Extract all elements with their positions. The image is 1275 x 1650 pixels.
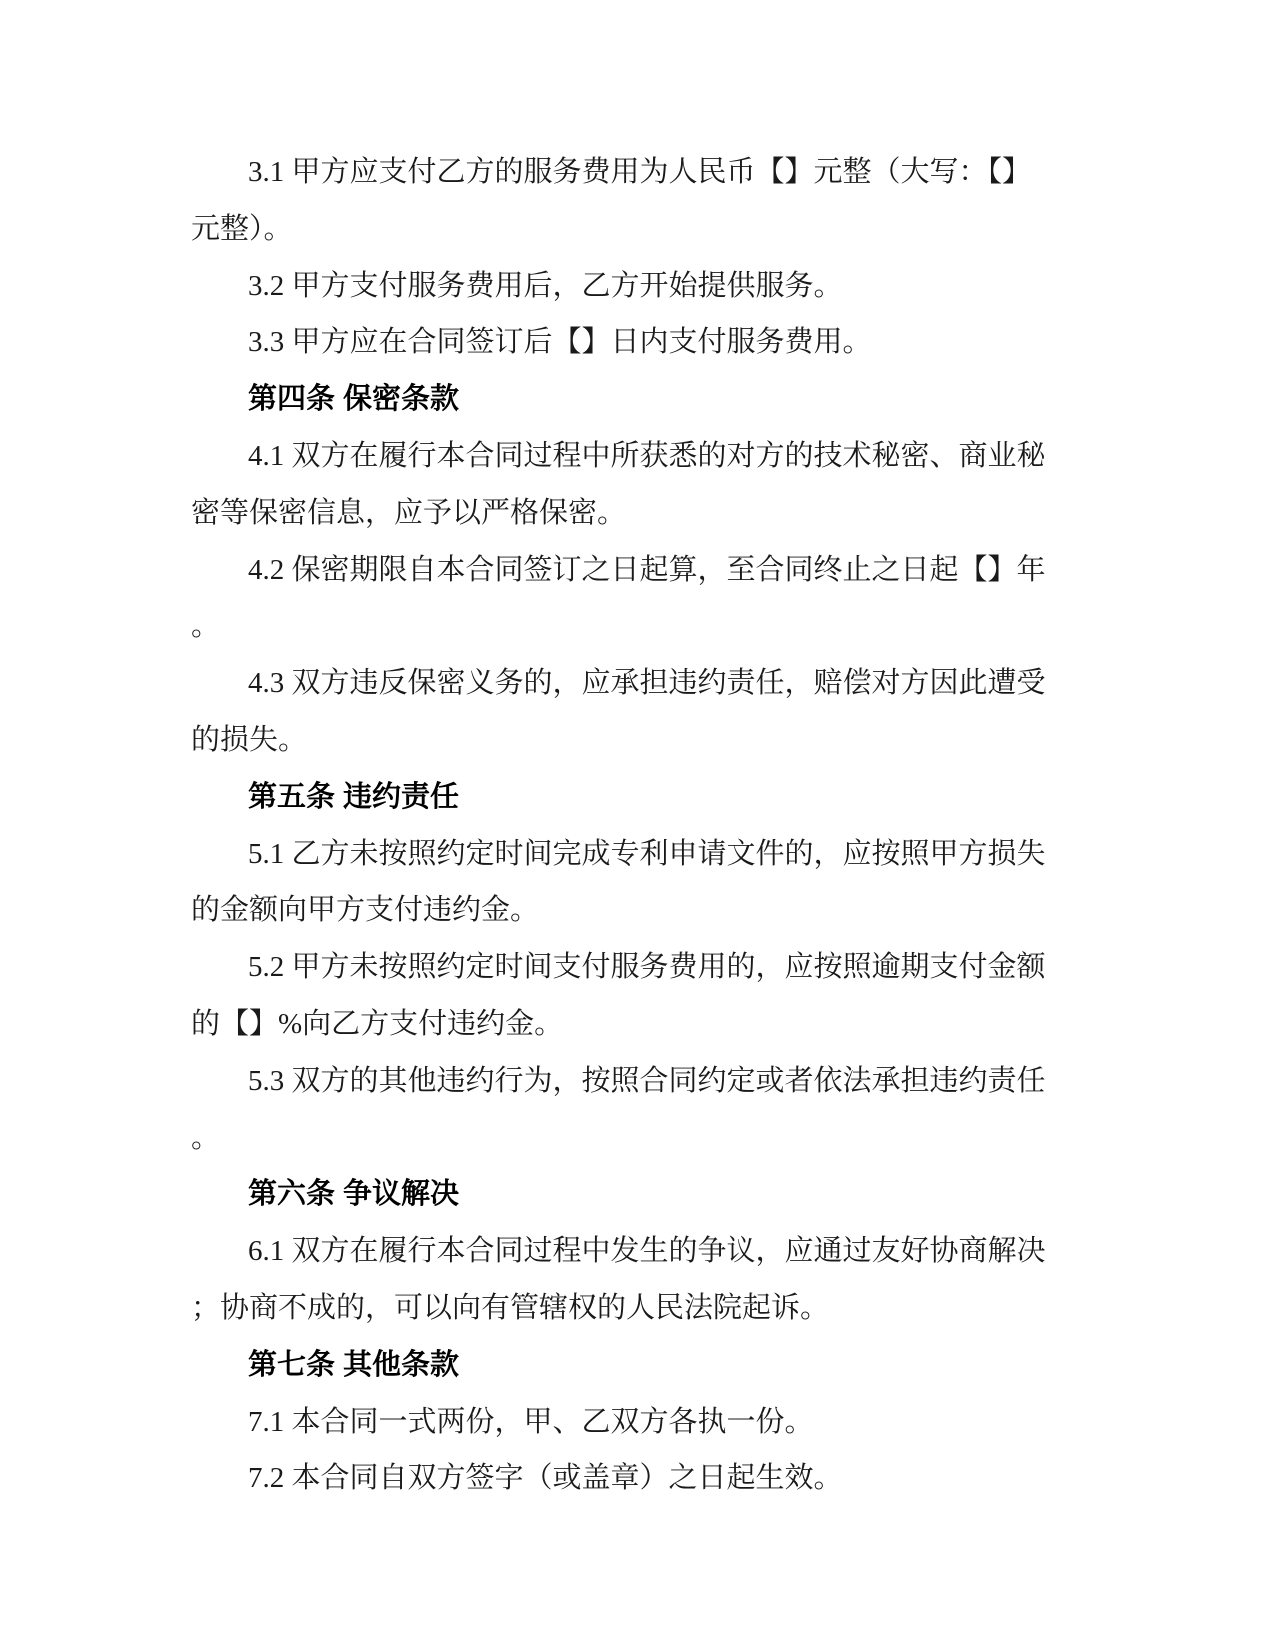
- clause-paragraph: 6.1 双方在履行本合同过程中发生的争议，应通过友好协商解决 ；协商不成的，可以…: [191, 1223, 1073, 1337]
- clause-paragraph: 5.3 双方的其他违约行为，按照合同约定或者依法承担违约责任 。: [191, 1053, 1073, 1167]
- section-heading: 第四条 保密条款: [191, 371, 1073, 428]
- section-heading: 第六条 争议解决: [191, 1166, 1073, 1223]
- clause-paragraph: 3.1 甲方应支付乙方的服务费用为人民币【】元整（大写：【】 元整）。: [191, 144, 1073, 258]
- clause-paragraph: 5.1 乙方未按照约定时间完成专利申请文件的，应按照甲方损失 的金额向甲方支付违…: [191, 826, 1073, 940]
- contract-body: 3.1 甲方应支付乙方的服务费用为人民币【】元整（大写：【】 元整）。3.2 甲…: [191, 144, 1073, 1507]
- clause-paragraph: 7.2 本合同自双方签字（或盖章）之日起生效。: [191, 1450, 1073, 1507]
- clause-paragraph: 3.2 甲方支付服务费用后，乙方开始提供服务。: [191, 258, 1073, 315]
- clause-paragraph: 4.3 双方违反保密义务的，应承担违约责任，赔偿对方因此遭受 的损失。: [191, 655, 1073, 769]
- clause-paragraph: 7.1 本合同一式两份，甲、乙双方各执一份。: [191, 1394, 1073, 1451]
- clause-paragraph: 3.3 甲方应在合同签订后【】日内支付服务费用。: [191, 314, 1073, 371]
- section-heading: 第七条 其他条款: [191, 1337, 1073, 1394]
- section-heading: 第五条 违约责任: [191, 769, 1073, 826]
- contract-page: 3.1 甲方应支付乙方的服务费用为人民币【】元整（大写：【】 元整）。3.2 甲…: [0, 0, 1275, 1650]
- clause-paragraph: 4.2 保密期限自本合同签订之日起算，至合同终止之日起【】年 。: [191, 542, 1073, 656]
- clause-paragraph: 5.2 甲方未按照约定时间支付服务费用的，应按照逾期支付金额 的【】%向乙方支付…: [191, 939, 1073, 1053]
- clause-paragraph: 4.1 双方在履行本合同过程中所获悉的对方的技术秘密、商业秘 密等保密信息，应予…: [191, 428, 1073, 542]
